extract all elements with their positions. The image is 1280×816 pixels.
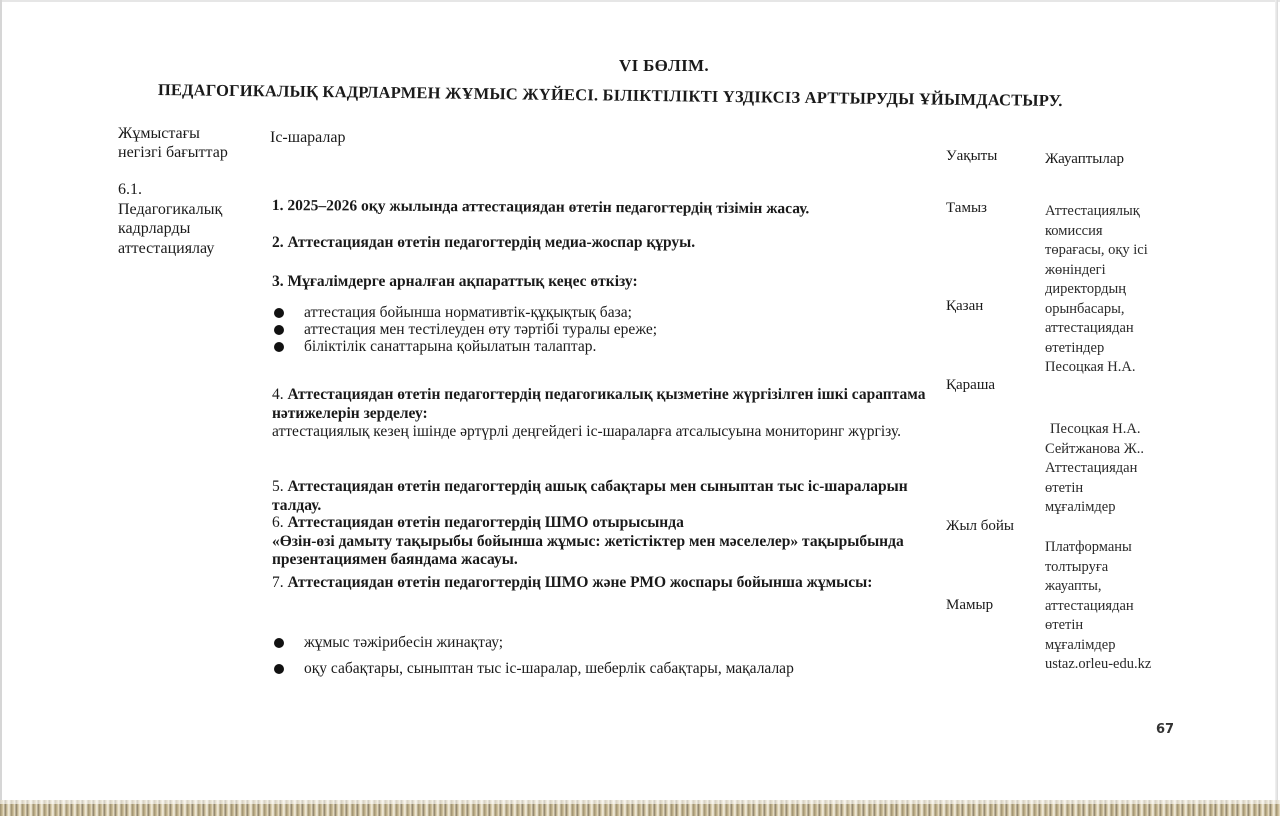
time-cell: Жыл бойы (946, 518, 1014, 535)
direction-cell: 6.1. Педагогикалық кадрларды аттестациял… (118, 180, 222, 258)
activity-7-bullets: жұмыс тәжірибесін жинақтау; оқу сабақтар… (272, 630, 932, 682)
time-cell: Мамыр (946, 597, 993, 614)
activity-3-bullets: аттестация бойынша нормативтік-құқықтық … (272, 304, 932, 355)
time-cell: Қараша (946, 377, 995, 394)
page-edge-top (0, 0, 1280, 2)
binding-edge (0, 800, 1280, 816)
activity-1: 1. 2025–2026 оқу жылында аттестациядан ө… (272, 197, 937, 220)
bullet-item: біліктілік санаттарына қойылатын талапта… (272, 338, 932, 355)
page-number: 67 (1156, 722, 1174, 737)
activity-4: 4. Аттестациядан өтетін педагогтердің пе… (272, 386, 937, 442)
section-title: VI БӨЛІМ. (0, 56, 1280, 76)
direction-line: кадрларды (118, 219, 222, 239)
activity-6: 6. Аттестациядан өтетін педагогтердің ШМ… (272, 514, 937, 570)
bullet-icon (274, 325, 284, 335)
direction-line: аттестациялау (118, 239, 222, 259)
bullet-icon (274, 308, 284, 318)
header-directions-line2: негізгі бағыттар (118, 143, 228, 162)
header-directions-line1: Жұмыстағы (118, 124, 228, 143)
activity-5: 5. Аттестациядан өтетін педагогтердің аш… (272, 478, 937, 515)
time-cell: Тамыз (946, 200, 987, 217)
responsible-cell-3: Платформаны толтыруға жауапты, аттестаци… (1045, 538, 1195, 675)
bullet-item: оқу сабақтары, сыныптан тыс іс-шаралар, … (272, 656, 932, 682)
bullet-icon (274, 638, 284, 648)
bullet-icon (274, 342, 284, 352)
responsible-cell-1: Аттестациялық комиссия төрағасы, оқу ісі… (1045, 202, 1195, 378)
activity-3: 3. Мұғалімдерге арналған ақпараттық кеңе… (272, 273, 937, 292)
bullet-icon (274, 664, 284, 674)
direction-number: 6.1. (118, 180, 222, 200)
page-edge-left (0, 0, 2, 800)
bullet-item: аттестация бойынша нормативтік-құқықтық … (272, 304, 932, 321)
bullet-item: жұмыс тәжірибесін жинақтау; (272, 630, 932, 656)
bullet-item: аттестация мен тестілеуден өту тәртібі т… (272, 321, 932, 338)
page-edge-right (1275, 0, 1278, 800)
header-time: Уақыты (946, 147, 997, 166)
activity-7: 7. Аттестациядан өтетін педагогтердің ШМ… (272, 574, 937, 593)
responsible-cell-2: Песоцкая Н.А. Сейтжанова Ж.. Аттестацияд… (1045, 420, 1195, 518)
header-directions: Жұмыстағы негізгі бағыттар (118, 124, 228, 162)
header-activities: Іс-шаралар (270, 128, 346, 147)
header-responsible: Жауаптылар (1045, 150, 1124, 169)
time-cell: Қазан (946, 298, 983, 315)
chapter-title: ПЕДАГОГИКАЛЫҚ КАДРЛАРМЕН ЖҰМЫС ЖҮЙЕСІ. Б… (158, 80, 1158, 112)
direction-line: Педагогикалық (118, 200, 222, 220)
activity-2: 2. Аттестациядан өтетін педагогтердің ме… (272, 234, 937, 253)
